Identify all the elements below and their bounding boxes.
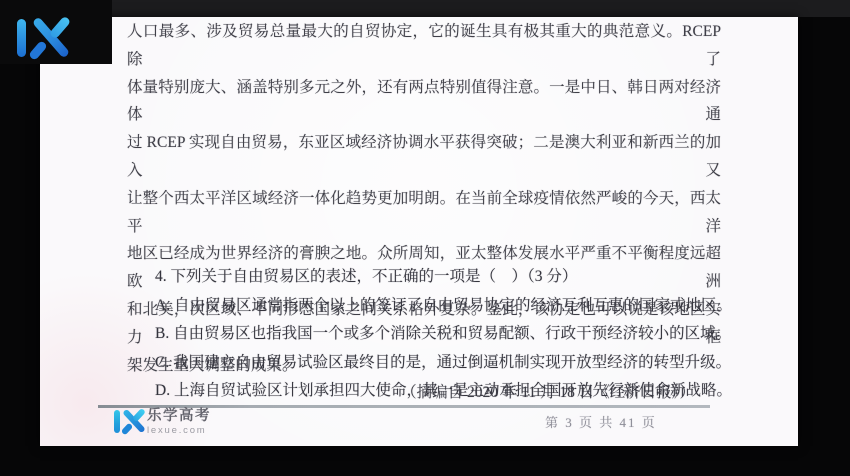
question-option-d: D. 上海自贸试验区计划承担四大使命，其一是主动承担全国开放先行新使命新战略。 bbox=[155, 377, 735, 406]
brand-text: 乐学高考 lexue.com bbox=[147, 409, 211, 436]
logo-l-bar bbox=[17, 19, 26, 57]
logo-x-stroke bbox=[121, 423, 134, 436]
footer-brand: 乐学高考 lexue.com bbox=[114, 408, 274, 438]
question-option-a: A. 自由贸易区通常指两个以上的签订了自由贸易协定的经济互利互惠的国家或地区。 bbox=[155, 292, 735, 321]
brand-domain: lexue.com bbox=[147, 425, 211, 436]
question-option-b: B. 自由贸易区也指我国一个或多个消除关税和贸易配额、行政干预经济较小的区域。 bbox=[155, 320, 735, 349]
passage-line: 人口最多、涉及贸易总量最大的自贸协定，它的诞生具有极其重大的典范意义。RCEP … bbox=[127, 18, 721, 74]
logo-l-bar bbox=[114, 410, 120, 433]
brand-name: 乐学高考 bbox=[147, 409, 211, 423]
passage-line: 让整个西太平洋区域经济一体化趋势更加明朗。在当前全球疫情依然严峻的今天，西太平洋 bbox=[127, 185, 721, 241]
page-number: 第 3 页 共 41 页 bbox=[545, 412, 715, 431]
passage-line: 过 RCEP 实现自由贸易，东亚区域经济协调水平获得突破；二是澳大利亚和新西兰的… bbox=[127, 129, 721, 185]
question-option-c: C. 我国建立自由贸易试验区最终目的是，通过倒逼机制实现开放型经济的转型升级。 bbox=[155, 349, 735, 378]
video-frame: 人口最多、涉及贸易总量最大的自贸协定，它的诞生具有极其重大的典范意义。RCEP … bbox=[0, 0, 850, 476]
document-page: 人口最多、涉及贸易总量最大的自贸协定，它的诞生具有极其重大的典范意义。RCEP … bbox=[40, 17, 798, 446]
lexue-watermark-logo-icon bbox=[16, 15, 68, 61]
watermark-logo-background bbox=[0, 0, 112, 64]
logo-x-stroke bbox=[28, 40, 48, 61]
passage-line: 体量特别庞大、涵盖特别多元之外，还有两点特别值得注意。一是中日、韩日两对经济体通 bbox=[127, 74, 721, 130]
frame-top-strip bbox=[0, 0, 850, 17]
logo-x-stroke bbox=[132, 408, 146, 422]
logo-x-stroke bbox=[49, 15, 72, 39]
question-stem: 4. 下列关于自由贸易区的表述，不正确的一项是（ ）（3 分） bbox=[155, 263, 735, 292]
question-block: 4. 下列关于自由贸易区的表述，不正确的一项是（ ）（3 分） A. 自由贸易区… bbox=[155, 263, 735, 406]
lexue-footer-logo-icon bbox=[114, 408, 144, 436]
